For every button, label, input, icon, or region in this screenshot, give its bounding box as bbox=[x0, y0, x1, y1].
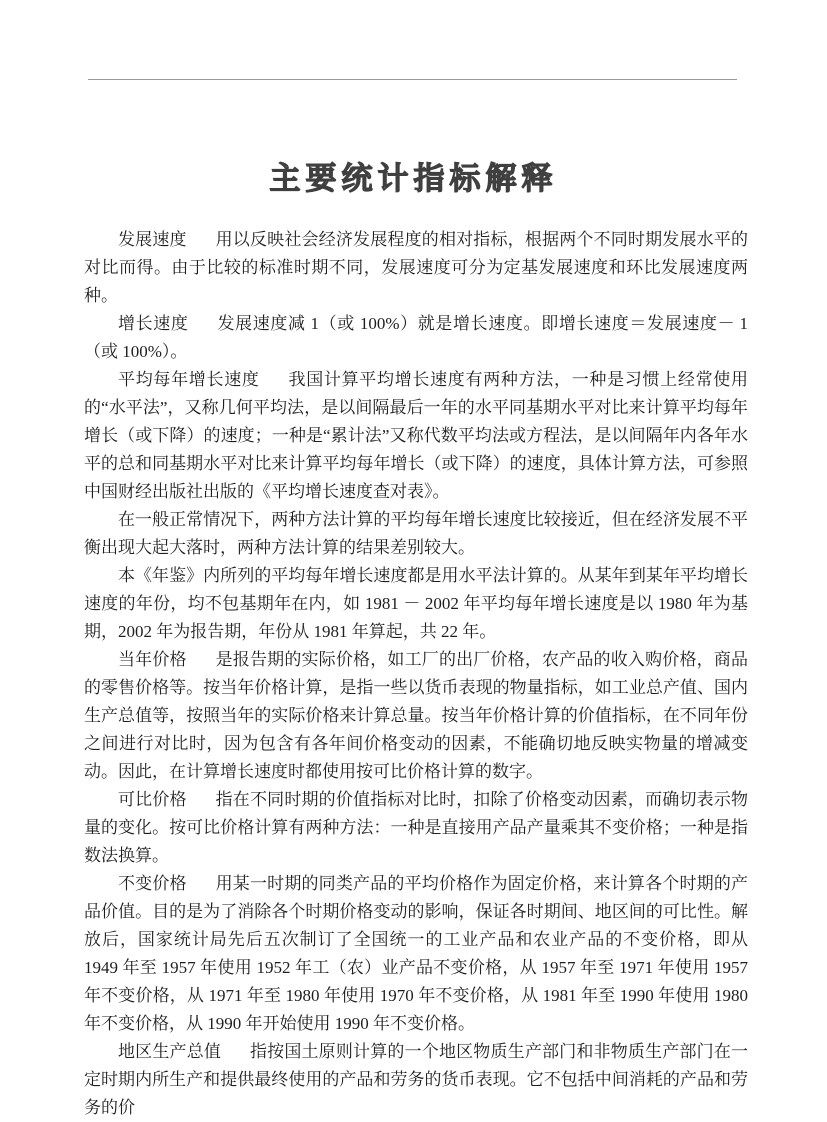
page-title: 主要统计指标解释 bbox=[0, 153, 827, 198]
term-label: 发展速度 bbox=[118, 230, 187, 249]
paragraph-text: 本《年鉴》内所列的平均每年增长速度都是用水平法计算的。从某年到某年平均增长速度的… bbox=[84, 566, 748, 641]
term-label: 当年价格 bbox=[118, 650, 187, 669]
term-label: 不变价格 bbox=[118, 874, 187, 893]
paragraph: 可比价格指在不同时期的价值指标对比时，扣除了价格变动因素，而确切表示物量的变化。… bbox=[84, 786, 748, 870]
paragraph: 在一般正常情况下，两种方法计算的平均每年增长速度比较接近，但在经济发展不平衡出现… bbox=[84, 506, 748, 562]
term-label: 可比价格 bbox=[118, 790, 187, 809]
term-label: 平均每年增长速度 bbox=[118, 370, 260, 389]
paragraph: 平均每年增长速度我国计算平均增长速度有两种方法，一种是习惯上经常使用的“水平法”… bbox=[84, 366, 748, 506]
paragraph: 本《年鉴》内所列的平均每年增长速度都是用水平法计算的。从某年到某年平均增长速度的… bbox=[84, 562, 748, 646]
paragraph-text: 在一般正常情况下，两种方法计算的平均每年增长速度比较接近，但在经济发展不平衡出现… bbox=[84, 510, 748, 557]
paragraph: 增长速度发展速度减 1（或 100%）就是增长速度。即增长速度＝发展速度－ 1（… bbox=[84, 310, 748, 366]
paragraph-text: 用某一时期的同类产品的平均价格作为固定价格，来计算各个时期的产品价值。目的是为了… bbox=[84, 874, 748, 1033]
header-rule bbox=[88, 79, 737, 80]
paragraph-text: 我国计算平均增长速度有两种方法，一种是习惯上经常使用的“水平法”，又称几何平均法… bbox=[84, 370, 748, 501]
term-label: 地区生产总值 bbox=[118, 1042, 221, 1061]
paragraph: 发展速度用以反映社会经济发展程度的相对指标，根据两个不同时期发展水平的对比而得。… bbox=[84, 226, 748, 310]
paragraph: 不变价格用某一时期的同类产品的平均价格作为固定价格，来计算各个时期的产品价值。目… bbox=[84, 870, 748, 1038]
paragraph: 当年价格是报告期的实际价格，如工厂的出厂价格，农产品的收入购价格，商品的零售价格… bbox=[84, 646, 748, 786]
text-block: 发展速度用以反映社会经济发展程度的相对指标，根据两个不同时期发展水平的对比而得。… bbox=[84, 226, 748, 1122]
paragraph: 地区生产总值指按国土原则计算的一个地区物质生产部门和非物质生产部门在一定时期内所… bbox=[84, 1038, 748, 1122]
paragraph-text: 是报告期的实际价格，如工厂的出厂价格，农产品的收入购价格，商品的零售价格等。按当… bbox=[84, 650, 748, 781]
document-page: 主要统计指标解释 发展速度用以反映社会经济发展程度的相对指标，根据两个不同时期发… bbox=[0, 0, 827, 1122]
term-label: 增长速度 bbox=[118, 314, 189, 333]
